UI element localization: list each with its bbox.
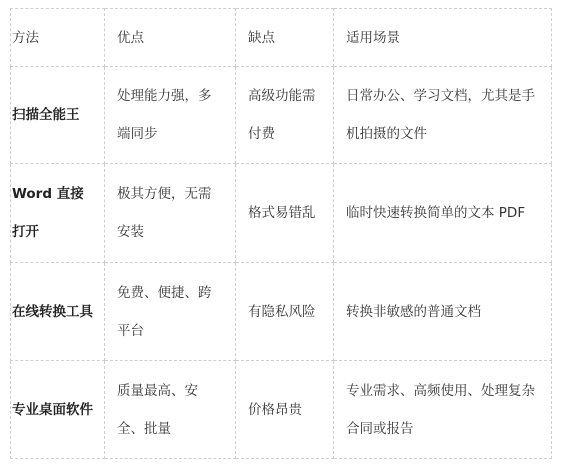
- cell-pros: 处理能力强，多端同步: [105, 67, 236, 164]
- cell-cons: 高级功能需付费: [236, 67, 334, 164]
- table-row: 专业桌面软件 质量最高、安全、批量 价格昂贵 专业需求、高频使用、处理复杂合同或…: [11, 361, 552, 459]
- header-pros: 优点: [105, 9, 236, 67]
- cell-method: 在线转换工具: [11, 263, 105, 361]
- cell-cons: 格式易错乱: [236, 164, 334, 263]
- table-header-row: 方法 优点 缺点 适用场景: [11, 9, 552, 67]
- cell-pros: 极其方便，无需安装: [105, 164, 236, 263]
- header-method: 方法: [11, 9, 105, 67]
- cell-method: Word 直接打开: [11, 164, 105, 263]
- cell-pros: 质量最高、安全、批量: [105, 361, 236, 459]
- cell-pros: 免费、便捷、跨平台: [105, 263, 236, 361]
- cell-method: 专业桌面软件: [11, 361, 105, 459]
- cell-method: 扫描全能王: [11, 67, 105, 164]
- table-row: Word 直接打开 极其方便，无需安装 格式易错乱 临时快速转换简单的文本 PD…: [11, 164, 552, 263]
- cell-cons: 有隐私风险: [236, 263, 334, 361]
- table-row: 扫描全能王 处理能力强，多端同步 高级功能需付费 日常办公、学习文档，尤其是手机…: [11, 67, 552, 164]
- header-cons: 缺点: [236, 9, 334, 67]
- header-scenario: 适用场景: [334, 9, 552, 67]
- table-row: 在线转换工具 免费、便捷、跨平台 有隐私风险 转换非敏感的普通文档: [11, 263, 552, 361]
- cell-scenario: 专业需求、高频使用、处理复杂合同或报告: [334, 361, 552, 459]
- cell-cons: 价格昂贵: [236, 361, 334, 459]
- comparison-table: 方法 优点 缺点 适用场景 扫描全能王 处理能力强，多端同步 高级功能需付费 日…: [10, 8, 552, 459]
- cell-scenario: 临时快速转换简单的文本 PDF: [334, 164, 552, 263]
- cell-scenario: 日常办公、学习文档，尤其是手机拍摄的文件: [334, 67, 552, 164]
- cell-scenario: 转换非敏感的普通文档: [334, 263, 552, 361]
